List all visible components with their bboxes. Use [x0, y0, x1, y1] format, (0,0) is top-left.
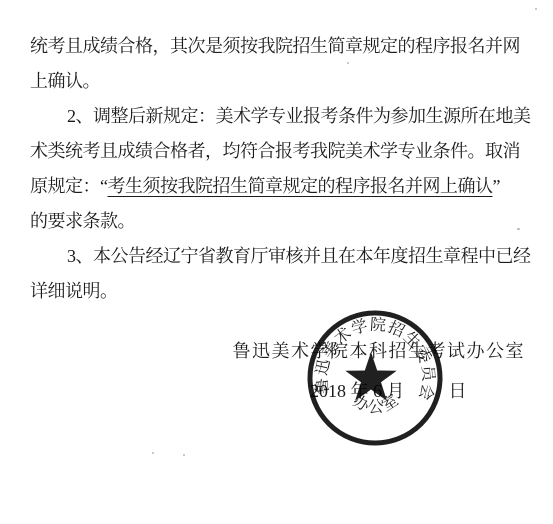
date-suffix: 日 [449, 381, 467, 401]
text-segment: 原规定：“ [30, 176, 108, 196]
official-seal-stamp: 鲁迅美术学院招生委员会 办公室 [305, 308, 445, 448]
text-segment: 3、本公告经辽宁省教育厅审核并且在本年度招生章程中已经 [67, 246, 531, 266]
document-line: 统考且成绩合格，其次是须按我院招生简章规定的程序报名并网 [30, 29, 543, 64]
text-segment: 的要求条款。 [30, 211, 135, 231]
star-icon [345, 352, 396, 401]
scan-speck [535, 8, 537, 10]
text-segment: ” [493, 176, 501, 196]
text-segment: 上确认。 [30, 71, 100, 91]
document-line: 原规定：“考生须按我院招生简章规定的程序报名并网上确认” [30, 169, 543, 204]
document-line: 的要求条款。 [30, 204, 543, 239]
scan-speck [183, 454, 185, 456]
text-segment: 2、调整后新规定：美术学专业报考条件为参加生源所在地美 [67, 106, 531, 126]
seal-svg: 鲁迅美术学院招生委员会 办公室 [305, 308, 445, 448]
underlined-clause: 考生须按我院招生简章规定的程序报名并网上确认 [108, 176, 493, 196]
seal-bottom-text: 办公室 [350, 390, 403, 416]
document-line: 详细说明。 [30, 274, 543, 309]
document-page: 统考且成绩合格，其次是须按我院招生简章规定的程序报名并网上确认。2、调整后新规定… [0, 0, 553, 524]
document-line: 2、调整后新规定：美术学专业报考条件为参加生源所在地美 [30, 99, 543, 134]
document-line: 术类统考且成绩合格者，均符合报考我院美术学专业条件。取消 [30, 134, 543, 169]
text-segment: 详细说明。 [30, 281, 118, 301]
scan-speck [517, 228, 520, 230]
text-segment: 术类统考且成绩合格者，均符合报考我院美术学专业条件。取消 [30, 141, 520, 161]
scan-speck [347, 62, 349, 64]
text-segment: 统考且成绩合格，其次是须按我院招生简章规定的程序报名并网 [30, 36, 520, 56]
document-body: 统考且成绩合格，其次是须按我院招生简章规定的程序报名并网上确认。2、调整后新规定… [30, 29, 543, 309]
document-line: 上确认。 [30, 64, 543, 99]
document-line: 3、本公告经辽宁省教育厅审核并且在本年度招生章程中已经 [30, 239, 543, 274]
scan-speck [152, 452, 154, 454]
